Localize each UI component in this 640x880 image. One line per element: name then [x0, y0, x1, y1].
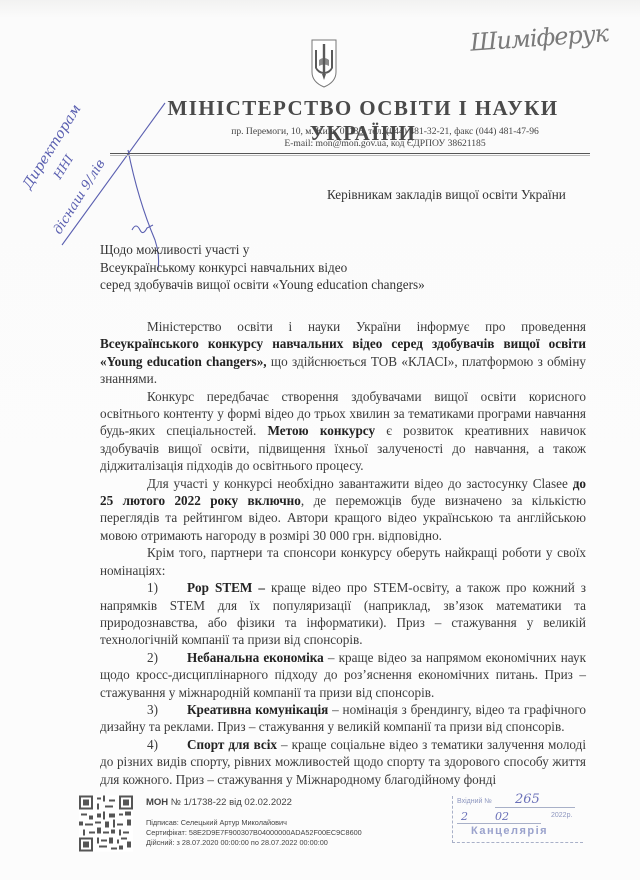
document-page: Шиміферук Директорам ННІ діснаш 9/лів МІ…	[0, 0, 640, 880]
subject-line: Щодо можливості участі у	[100, 241, 425, 259]
stamp-rule	[495, 807, 575, 808]
stamp-month: 02	[495, 810, 509, 823]
signed-by: Підписав: Селецький Артур Миколайович	[146, 818, 362, 828]
stamp-office: Канцелярія	[471, 825, 548, 837]
nomination-item: 3)Креативна комунікація – номінація з бр…	[100, 701, 586, 736]
certificate: Сертифікат: 58E2D9E7F900307B04000000ADA5…	[146, 828, 362, 838]
letter-subject: Щодо можливості участі у Всеукраїнському…	[100, 241, 425, 294]
validity: Дійсний: з 28.07.2020 00:00:00 по 28.07.…	[146, 838, 362, 848]
header-divider-shadow	[110, 155, 590, 156]
subject-line: Всеукраїнському конкурсі навчальних віде…	[100, 259, 425, 277]
addressee: Керівникам закладів вищої освіти України	[327, 187, 566, 203]
stamp-label: Вхідний №	[457, 798, 492, 805]
trident-coat-of-arms-icon	[309, 38, 339, 88]
paragraph-partners: Крім того, партнери та спонсори конкурсу…	[100, 544, 586, 579]
stamp-rule	[457, 823, 541, 824]
nomination-item: 4)Спорт для всіх – краще соціальне відео…	[100, 736, 586, 788]
letter-body: Міністерство освіти і науки України інфо…	[100, 318, 586, 788]
qr-code-icon	[79, 795, 133, 852]
registration-number: МОН № 1/1738-22 від 02.02.2022	[146, 797, 362, 808]
header-divider	[110, 153, 590, 154]
contact-line: E-mail: mon@mon.gov.ua, код ЄДРПОУ 38621…	[170, 138, 600, 150]
top-signature: Шиміферук	[469, 19, 609, 57]
paragraph-participation: Для участі у конкурсі необхідно завантаж…	[100, 475, 586, 545]
stamp-year: 2022р.	[551, 812, 572, 819]
address-line: пр. Перемоги, 10, м. Київ, 01135, тел. (…	[170, 126, 600, 138]
resolution-line-1: Директорам	[20, 102, 85, 193]
nomination-item: 2)Небанальна економіка – краще відео за …	[100, 649, 586, 701]
ministry-address: пр. Перемоги, 10, м. Київ, 01135, тел. (…	[170, 126, 600, 150]
subject-line: серед здобувачів вищої освіти «Young edu…	[100, 276, 425, 294]
stamp-day: 2	[461, 810, 468, 823]
paragraph-description: Конкурс передбачає створення здобувачами…	[100, 388, 586, 475]
nomination-item: 1)Pop STEM – краще відео про STEM-освіту…	[100, 579, 586, 649]
paragraph-intro: Міністерство освіти і науки України інфо…	[100, 318, 586, 388]
electronic-signature-block: МОН № 1/1738-22 від 02.02.2022 Підписав:…	[146, 797, 362, 848]
incoming-stamp: Вхідний №265 2 02 2022р. Канцелярія	[452, 796, 583, 843]
signature-details: Підписав: Селецький Артур Миколайович Се…	[146, 818, 362, 848]
stamp-incoming-number: 265	[515, 792, 540, 807]
